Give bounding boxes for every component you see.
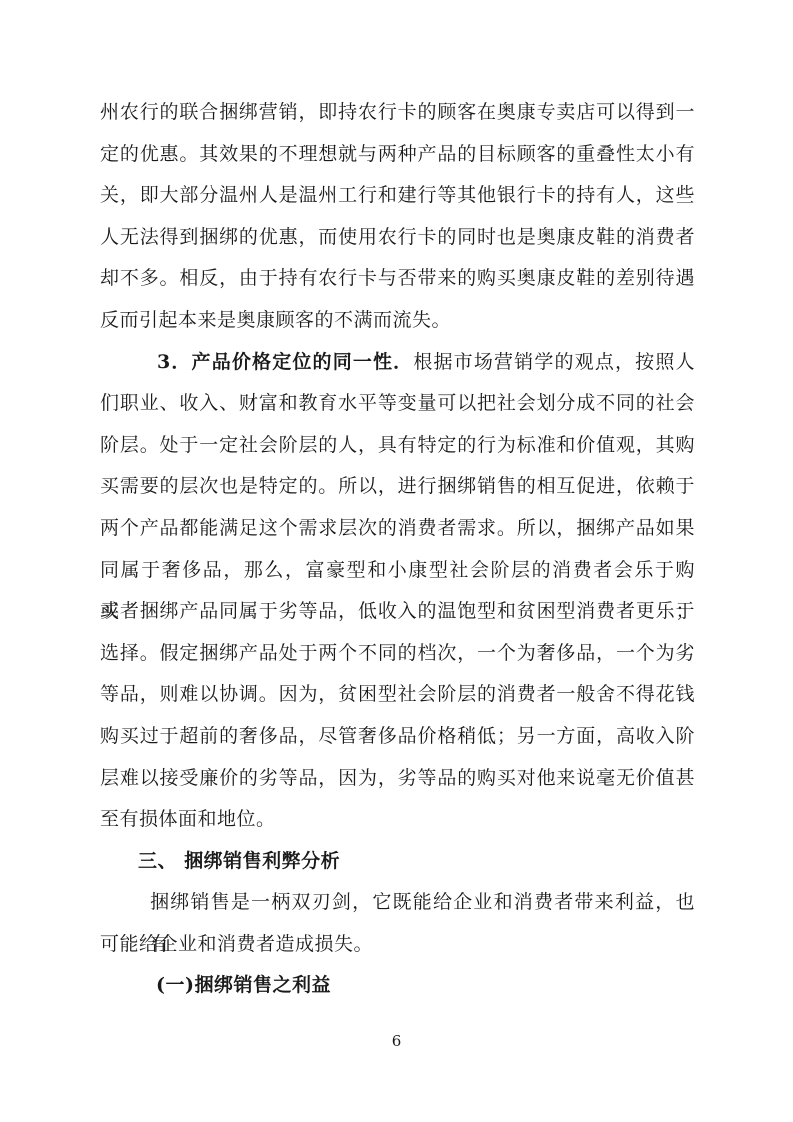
body-text: 可能给企业和消费者造成损失。 bbox=[100, 933, 373, 955]
body-text: 等品，则难以协调。因为，贫困型社会阶层的消费者一般舍不得花钱 bbox=[100, 683, 695, 705]
text-line: 层难以接受廉价的劣等品，因为，劣等品的购买对他来说毫无价值甚 bbox=[100, 758, 695, 800]
body-text: 却不多。相反，由于持有农行卡与否带来的购买奥康皮鞋的差别待遇 bbox=[100, 267, 695, 289]
text-line: 或者捆绑产品同属于劣等品，低收入的温饱型和贫困型消费者更乐于 bbox=[100, 591, 695, 633]
body-text: 州农行的联合捆绑营销，即持农行卡的顾客在奥康专卖店可以得到一 bbox=[100, 101, 695, 123]
body-text: 反而引起本来是奥康顾客的不满而流失。 bbox=[100, 309, 451, 331]
text-line: 买需要的层次也是特定的。所以，进行捆绑销售的相互促进，依赖于 bbox=[100, 466, 695, 508]
body-text: 根据市场营销学的观点，按照人 bbox=[413, 351, 695, 373]
text-line: 两个产品都能满足这个需求层次的消费者需求。所以，捆绑产品如果 bbox=[100, 508, 695, 550]
text-line: 州农行的联合捆绑营销，即持农行卡的顾客在奥康专卖店可以得到一 bbox=[100, 92, 695, 134]
text-line: 人无法得到捆绑的优惠，而使用农行卡的同时也是奥康皮鞋的消费者 bbox=[100, 217, 695, 259]
bold-text: (一)捆绑销售之利益 bbox=[156, 974, 331, 996]
text-line: 至有损体面和地位。 bbox=[100, 799, 695, 841]
text-block: 州农行的联合捆绑营销，即持农行卡的顾客在奥康专卖店可以得到一定的优惠。其效果的不… bbox=[100, 92, 695, 1007]
text-line: 却不多。相反，由于持有农行卡与否带来的购买奥康皮鞋的差别待遇 bbox=[100, 258, 695, 300]
page-number: 6 bbox=[392, 1032, 402, 1050]
heading-section-three: 三、 捆绑销售利弊分析 bbox=[100, 841, 695, 883]
body-text: 人无法得到捆绑的优惠，而使用农行卡的同时也是奥康皮鞋的消费者 bbox=[100, 226, 695, 248]
body-text: 阶层。处于一定社会阶层的人，具有特定的行为标准和价值观，其购 bbox=[100, 434, 695, 456]
text-line: 选择。假定捆绑产品处于两个不同的档次，一个为奢侈品，一个为劣 bbox=[100, 633, 695, 675]
text-line: 捆绑销售是一柄双刃剑，它既能给企业和消费者带来利益，也有 bbox=[100, 882, 695, 924]
body-text: 两个产品都能满足这个需求层次的消费者需求。所以，捆绑产品如果 bbox=[100, 517, 695, 539]
text-line: 等品，则难以协调。因为，贫困型社会阶层的消费者一般舍不得花钱 bbox=[100, 674, 695, 716]
text-line: 3．产品价格定位的同一性．根据市场营销学的观点，按照人 bbox=[100, 342, 695, 384]
text-line: 定的优惠。其效果的不理想就与两种产品的目标顾客的重叠性太小有 bbox=[100, 134, 695, 176]
body-text: 定的优惠。其效果的不理想就与两种产品的目标顾客的重叠性太小有 bbox=[100, 143, 695, 165]
text-line: 购买过于超前的奢侈品，尽管奢侈品价格稍低；另一方面，高收入阶 bbox=[100, 716, 695, 758]
body-text: 至有损体面和地位。 bbox=[100, 808, 276, 830]
bold-text: 3．产品价格定位的同一性． bbox=[157, 351, 413, 373]
text-line: 反而引起本来是奥康顾客的不满而流失。 bbox=[100, 300, 695, 342]
page-footer: 6 bbox=[0, 1032, 793, 1050]
document-page: 州农行的联合捆绑营销，即持农行卡的顾客在奥康专卖店可以得到一定的优惠。其效果的不… bbox=[0, 0, 793, 1122]
bold-text: 三、 捆绑销售利弊分析 bbox=[138, 850, 340, 872]
body-text: 层难以接受廉价的劣等品，因为，劣等品的购买对他来说毫无价值甚 bbox=[100, 767, 695, 789]
body-text: 关，即大部分温州人是温州工行和建行等其他银行卡的持有人，这些 bbox=[100, 184, 695, 206]
text-line: 可能给企业和消费者造成损失。 bbox=[100, 924, 695, 966]
text-line: 同属于奢侈品，那么，富豪型和小康型社会阶层的消费者会乐于购买； bbox=[100, 550, 695, 592]
text-line: 阶层。处于一定社会阶层的人，具有特定的行为标准和价值观，其购 bbox=[100, 425, 695, 467]
body-text: 选择。假定捆绑产品处于两个不同的档次，一个为奢侈品，一个为劣 bbox=[100, 642, 695, 664]
heading-subsection-benefits: (一)捆绑销售之利益 bbox=[100, 965, 695, 1007]
text-line: 关，即大部分温州人是温州工行和建行等其他银行卡的持有人，这些 bbox=[100, 175, 695, 217]
body-text: 买需要的层次也是特定的。所以，进行捆绑销售的相互促进，依赖于 bbox=[100, 475, 695, 497]
text-line: 们职业、收入、财富和教育水平等变量可以把社会划分成不同的社会 bbox=[100, 383, 695, 425]
body-text: 们职业、收入、财富和教育水平等变量可以把社会划分成不同的社会 bbox=[100, 392, 695, 414]
body-text: 或者捆绑产品同属于劣等品，低收入的温饱型和贫困型消费者更乐于 bbox=[100, 600, 695, 622]
body-text: 购买过于超前的奢侈品，尽管奢侈品价格稍低；另一方面，高收入阶 bbox=[100, 725, 695, 747]
